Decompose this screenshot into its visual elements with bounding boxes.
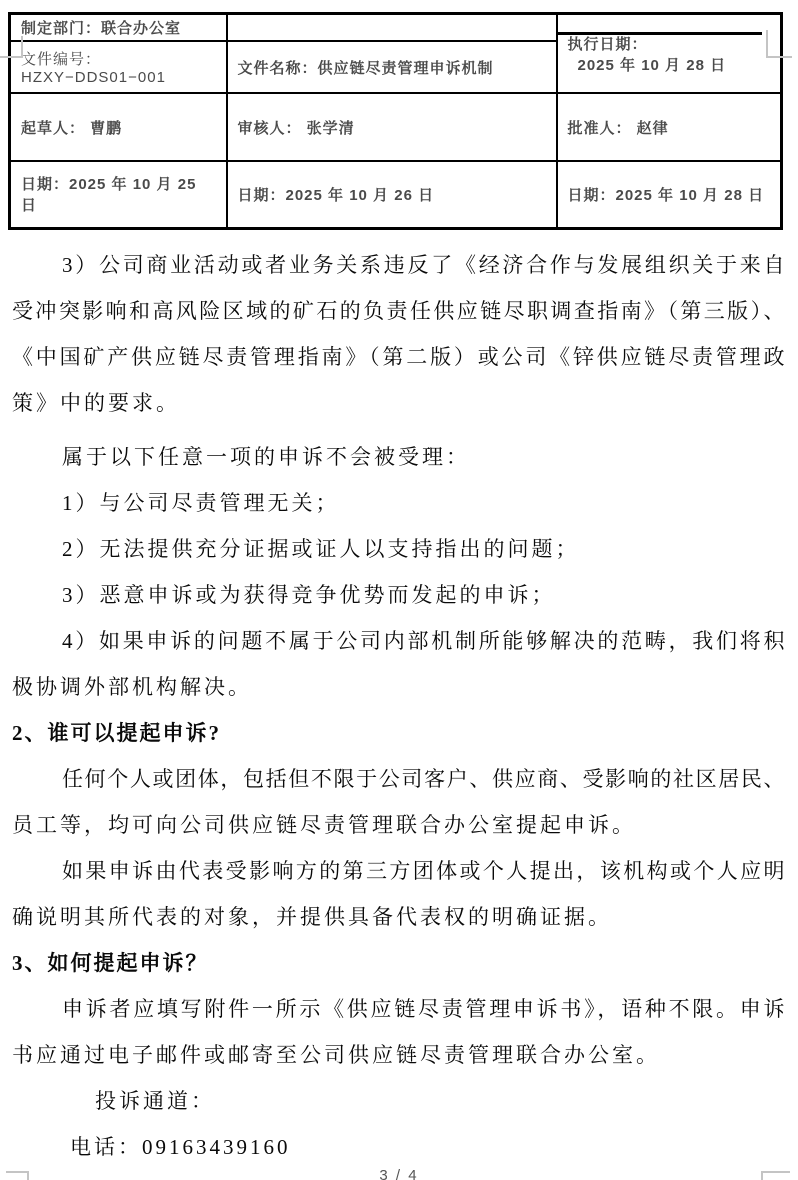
margin-crop-mark-top-left <box>0 56 22 58</box>
empty-cell <box>227 14 557 42</box>
para-representative-line-2: 确说明其所代表的对象，并提供具备代表权的明确证据。 <box>12 894 786 940</box>
complaint-phone: 电话：09163439160 <box>12 1124 786 1170</box>
margin-crop-mark-bottom-left <box>6 1171 29 1173</box>
exec-date-value: 2025 年 10 月 28 日 <box>568 54 771 75</box>
table-row-divider-line <box>558 32 762 35</box>
para-violation-line-3: 《中国矿产供应链尽责管理指南》（第二版）或公司《锌供应链尽责管理政 <box>12 334 786 380</box>
section-2-heading: 2、谁可以提起申诉? <box>12 710 786 756</box>
section-3-heading: 3、如何提起申诉？ <box>12 940 786 986</box>
draft-date-cell: 日期：2025 年 10 月 25 日 <box>10 161 227 228</box>
margin-crop-mark-top-right <box>766 30 768 58</box>
document-page: 制定部门：联合办公室 执行日期： 2025 年 10 月 28 日 文件编号： … <box>0 0 798 1180</box>
drafter-cell: 起草人： 曹鹏 <box>10 93 227 161</box>
margin-crop-mark-bottom-right <box>761 1171 763 1180</box>
doc-no-value: HZXY−DDS01−001 <box>21 69 216 86</box>
exec-date-cell: 执行日期： 2025 年 10 月 28 日 <box>557 14 782 94</box>
list-item-4-line-2: 极协调外部机构解决。 <box>12 664 786 710</box>
document-body: 3）公司商业活动或者业务关系违反了《经济合作与发展组织关于来自受冲突影响和高风险… <box>0 242 798 1170</box>
para-representative-line-1: 如果申诉由代表受影响方的第三方团体或个人提出，该机构或个人应明 <box>12 848 786 894</box>
doc-no-label: 文件编号： <box>21 48 216 69</box>
making-dept-cell: 制定部门：联合办公室 <box>10 14 227 42</box>
para-violation-line-4: 策》中的要求。 <box>12 380 786 426</box>
exec-date-label: 执行日期： <box>568 33 771 54</box>
para-who-line-1: 任何个人或团体，包括但不限于公司客户、供应商、受影响的社区居民、 <box>12 756 786 802</box>
para-violation-line-1: 3）公司商业活动或者业务关系违反了《经济合作与发展组织关于来自 <box>12 242 786 288</box>
para-how-line-2: 书应通过电子邮件或邮寄至公司供应链尽责管理联合办公室。 <box>12 1032 786 1078</box>
para-violation-line-2: 受冲突影响和高风险区域的矿石的负责任供应链尽职调查指南》（第三版）、 <box>12 288 786 334</box>
document-header-table: 制定部门：联合办公室 执行日期： 2025 年 10 月 28 日 文件编号： … <box>8 12 783 230</box>
margin-crop-mark-top-left <box>21 36 23 58</box>
doc-no-cell: 文件编号： HZXY−DDS01−001 <box>10 41 227 93</box>
list-item-4-line-1: 4）如果申诉的问题不属于公司内部机制所能够解决的范畴，我们将积 <box>12 618 786 664</box>
list-item-1: 1）与公司尽责管理无关； <box>12 480 786 526</box>
margin-crop-mark-top-right <box>766 56 792 58</box>
para-how-line-1: 申诉者应填写附件一所示《供应链尽责管理申诉书》，语种不限。申诉 <box>12 986 786 1032</box>
list-item-2: 2）无法提供充分证据或证人以支持指出的问题； <box>12 526 786 572</box>
para-not-accepted-intro: 属于以下任意一项的申诉不会被受理： <box>12 434 786 480</box>
doc-name-cell: 文件名称：供应链尽责管理申诉机制 <box>227 41 557 93</box>
para-who-line-2: 员工等，均可向公司供应链尽责管理联合办公室提起申诉。 <box>12 802 786 848</box>
review-date-cell: 日期：2025 年 10 月 26 日 <box>227 161 557 228</box>
approver-cell: 批准人： 赵律 <box>557 93 782 161</box>
list-item-3: 3）恶意申诉或为获得竞争优势而发起的申诉； <box>12 572 786 618</box>
reviewer-cell: 审核人： 张学清 <box>227 93 557 161</box>
margin-crop-mark-bottom-right <box>761 1171 790 1173</box>
margin-crop-mark-bottom-left <box>27 1171 29 1180</box>
approve-date-cell: 日期：2025 年 10 月 28 日 <box>557 161 782 228</box>
complaint-channel-label: 投诉通道： <box>12 1078 786 1124</box>
page-number: 3 / 4 <box>0 1167 798 1180</box>
